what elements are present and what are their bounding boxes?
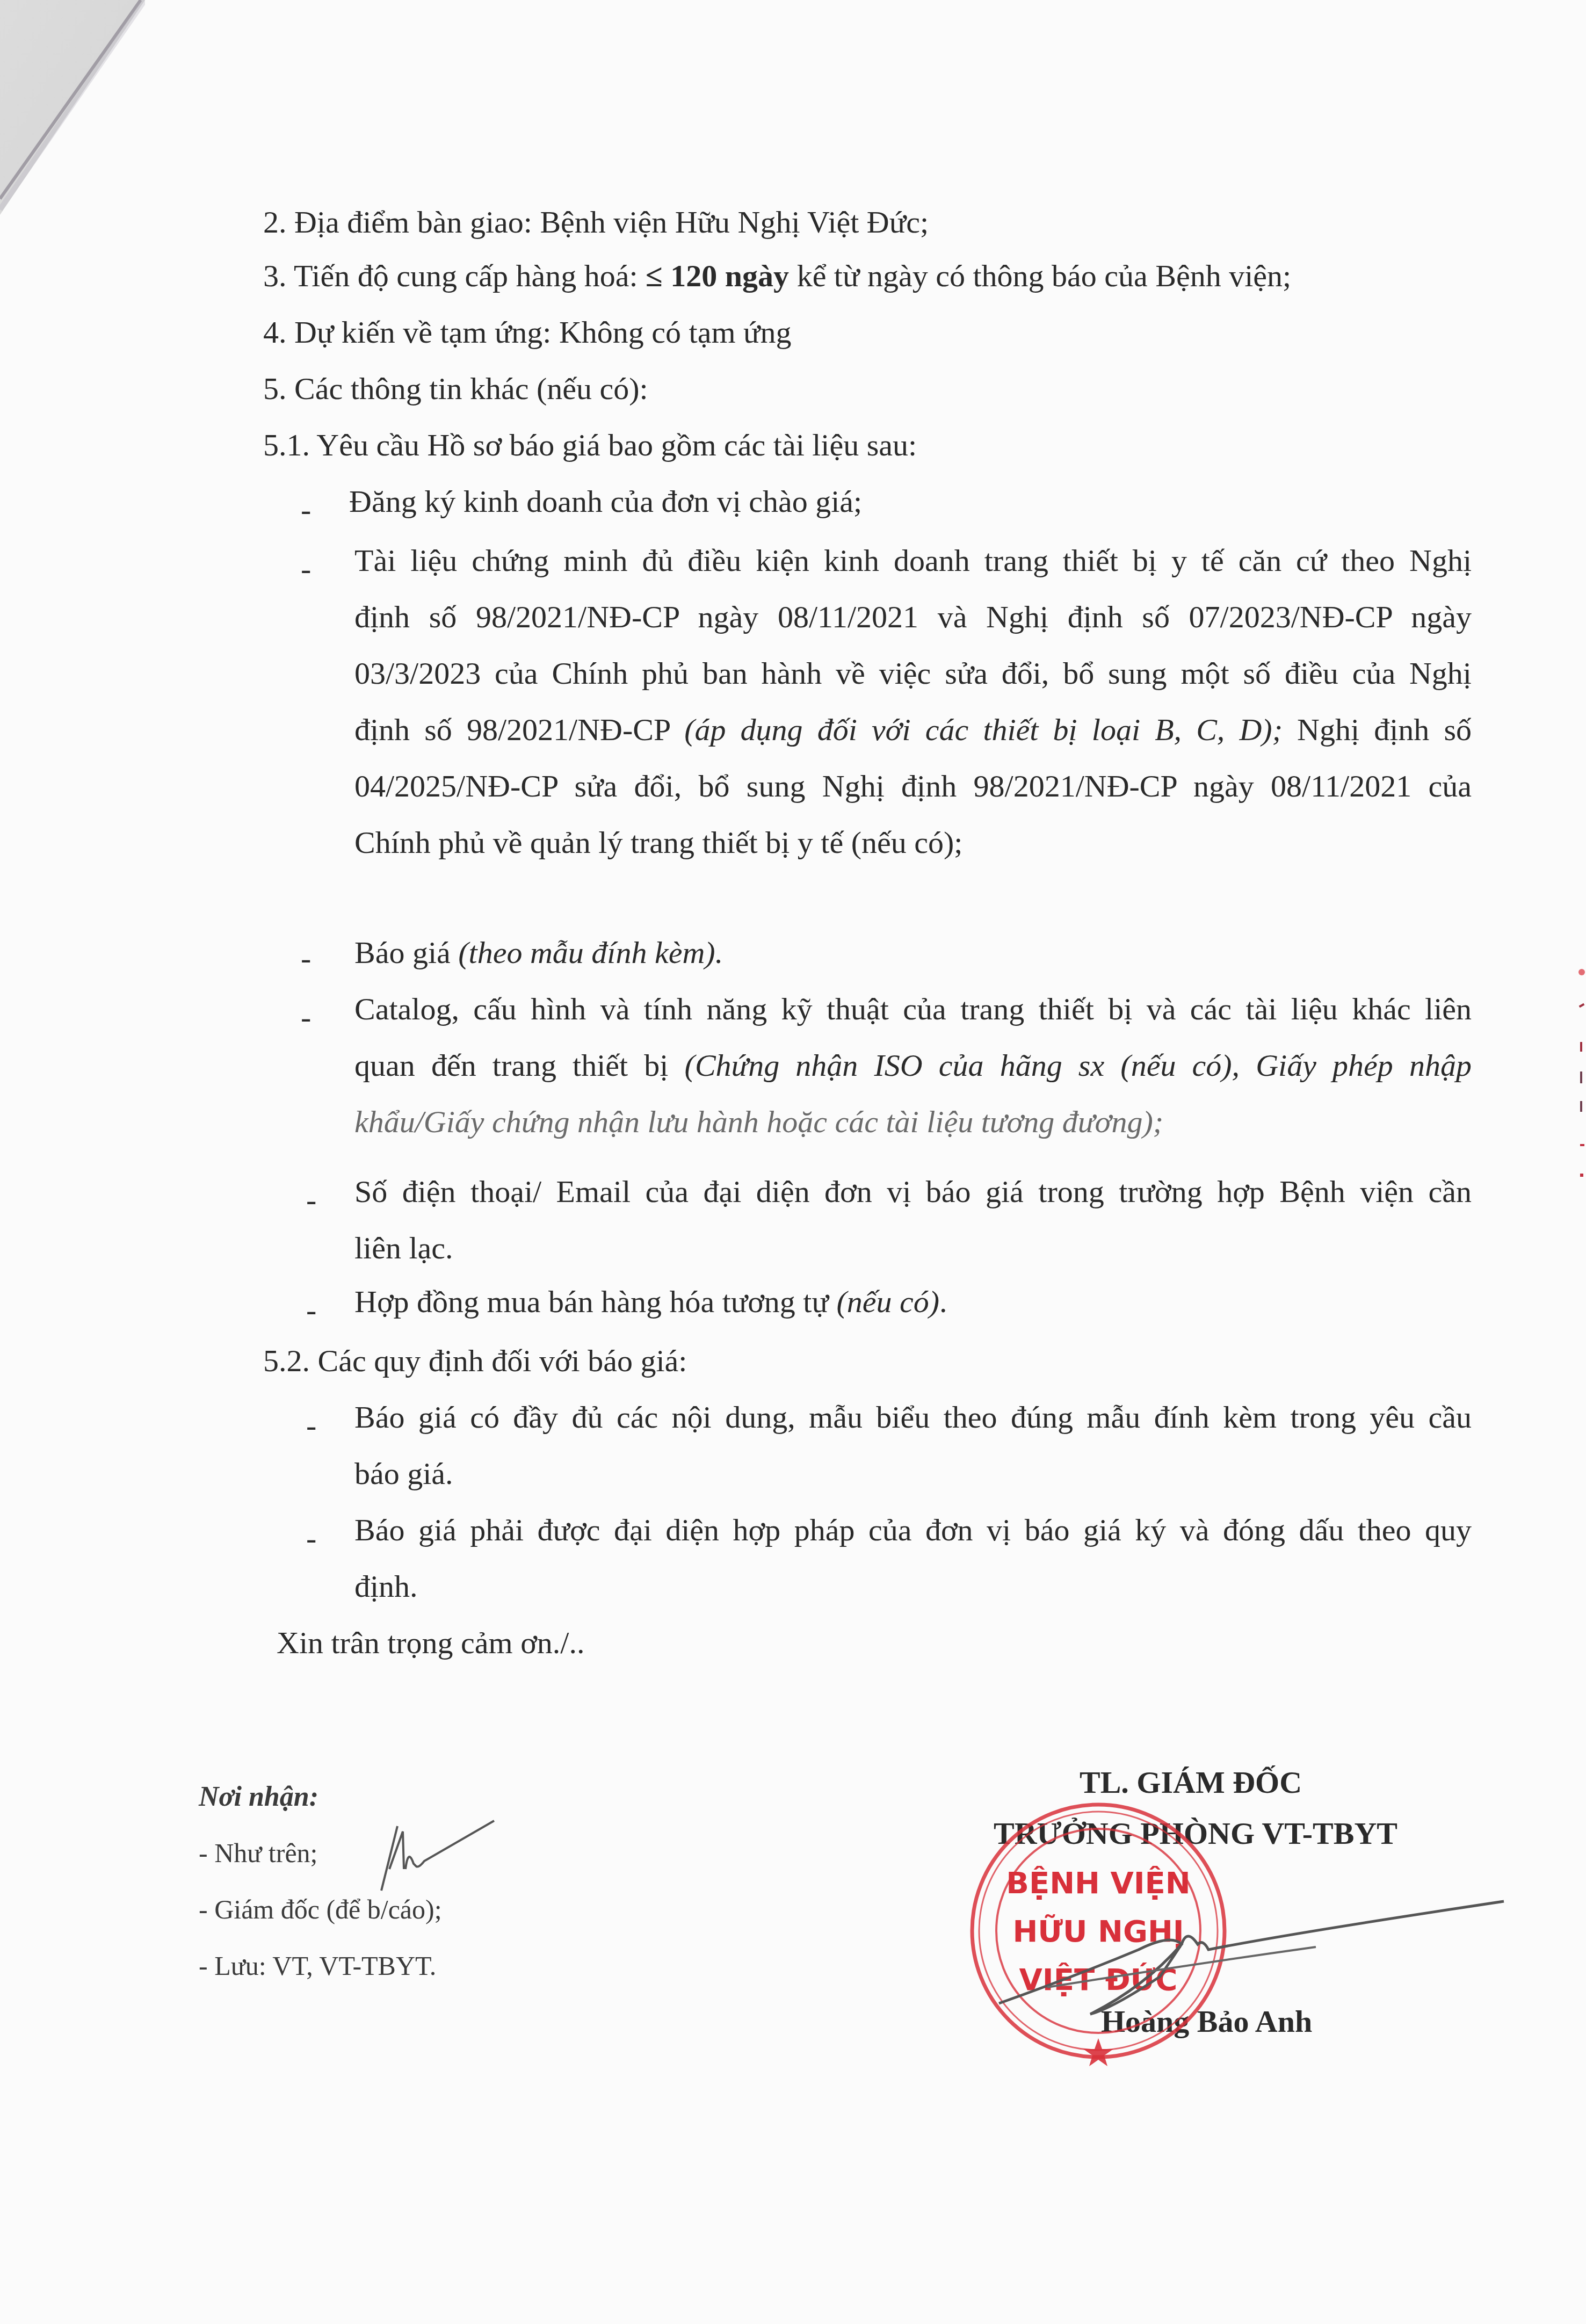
handwritten-signature-icon xyxy=(967,1880,1531,2030)
bullet-dash: - xyxy=(301,999,311,1035)
list52-bullet-2-line-2: định. xyxy=(354,1571,418,1602)
list51-bullet-2-line-1: Tài liệu chứng minh đủ điều kiện kinh do… xyxy=(354,545,1472,576)
closing-text: Xin trân trọng cảm ơn./.. xyxy=(277,1627,585,1659)
item-5-2-heading: 5.2. Các quy định đối với báo giá: xyxy=(263,1345,687,1377)
bullet-dash: - xyxy=(301,551,311,587)
delivery-days: ≤ 120 ngày xyxy=(646,258,789,293)
initials-signature-icon xyxy=(365,1815,505,1901)
list52-bullet-1-line-1: Báo giá có đầy đủ các nội dung, mẫu biểu… xyxy=(354,1402,1472,1433)
list52-bullet-2-line-1: Báo giá phải được đại diện hợp pháp của … xyxy=(354,1515,1472,1546)
list51-bullet-2-line-2: định số 98/2021/NĐ-CP ngày 08/11/2021 và… xyxy=(354,602,1472,633)
bullet-dash: - xyxy=(306,1182,316,1218)
item-4-advance-payment: 4. Dự kiến về tạm ứng: Không có tạm ứng xyxy=(263,317,791,348)
recipient-3: - Lưu: VT, VT-TBYT. xyxy=(199,1952,436,1979)
bullet-dash: - xyxy=(301,491,311,527)
list51-bullet-2-line-4: định số 98/2021/NĐ-CP (áp dụng đối với c… xyxy=(354,714,1472,745)
recipient-1: - Như trên; xyxy=(199,1840,317,1866)
bullet-dash: - xyxy=(306,1292,316,1328)
list51-bullet-4-line-3: khẩu/Giấy chứng nhận lưu hành hoặc các t… xyxy=(354,1106,1163,1138)
list51-bullet-1: Đăng ký kinh doanh của đơn vị chào giá; xyxy=(349,486,862,517)
list52-bullet-1-line-2: báo giá. xyxy=(354,1458,453,1489)
item-3-delivery-schedule: 3. Tiến độ cung cấp hàng hoá: ≤ 120 ngày… xyxy=(263,260,1291,292)
stamp-edge-marks xyxy=(1568,967,1586,1235)
bullet-dash: - xyxy=(306,1407,316,1443)
list51-bullet-2-line-6: Chính phủ về quản lý trang thiết bị y tế… xyxy=(354,827,962,858)
item-5-other-info: 5. Các thông tin khác (nếu có): xyxy=(263,373,648,404)
recipients-title: Nơi nhận: xyxy=(199,1783,318,1811)
list51-bullet-5-line-2: liên lạc. xyxy=(354,1233,453,1264)
list51-bullet-3: Báo giá (theo mẫu đính kèm). xyxy=(354,937,723,968)
item-2-delivery-location: 2. Địa điểm bàn giao: Bệnh viện Hữu Nghị… xyxy=(263,207,929,238)
list51-bullet-5-line-1: Số điện thoại/ Email của đại diện đơn vị… xyxy=(354,1176,1472,1207)
item-5-1-heading: 5.1. Yêu cầu Hồ sơ báo giá bao gồm các t… xyxy=(263,430,917,461)
list51-bullet-4-line-2: quan đến trang thiết bị (Chứng nhận ISO … xyxy=(354,1050,1472,1081)
list51-bullet-6: Hợp đồng mua bán hàng hóa tương tự (nếu … xyxy=(354,1286,947,1317)
bullet-dash: - xyxy=(306,1520,316,1556)
list51-bullet-2-line-5: 04/2025/NĐ-CP sửa đổi, bổ sung Nghị định… xyxy=(354,771,1472,802)
list51-bullet-2-line-3: 03/3/2023 của Chính phủ ban hành về việc… xyxy=(354,658,1472,689)
list51-bullet-4-line-1: Catalog, cấu hình và tính năng kỹ thuật … xyxy=(354,994,1472,1025)
bullet-dash: - xyxy=(301,940,311,976)
